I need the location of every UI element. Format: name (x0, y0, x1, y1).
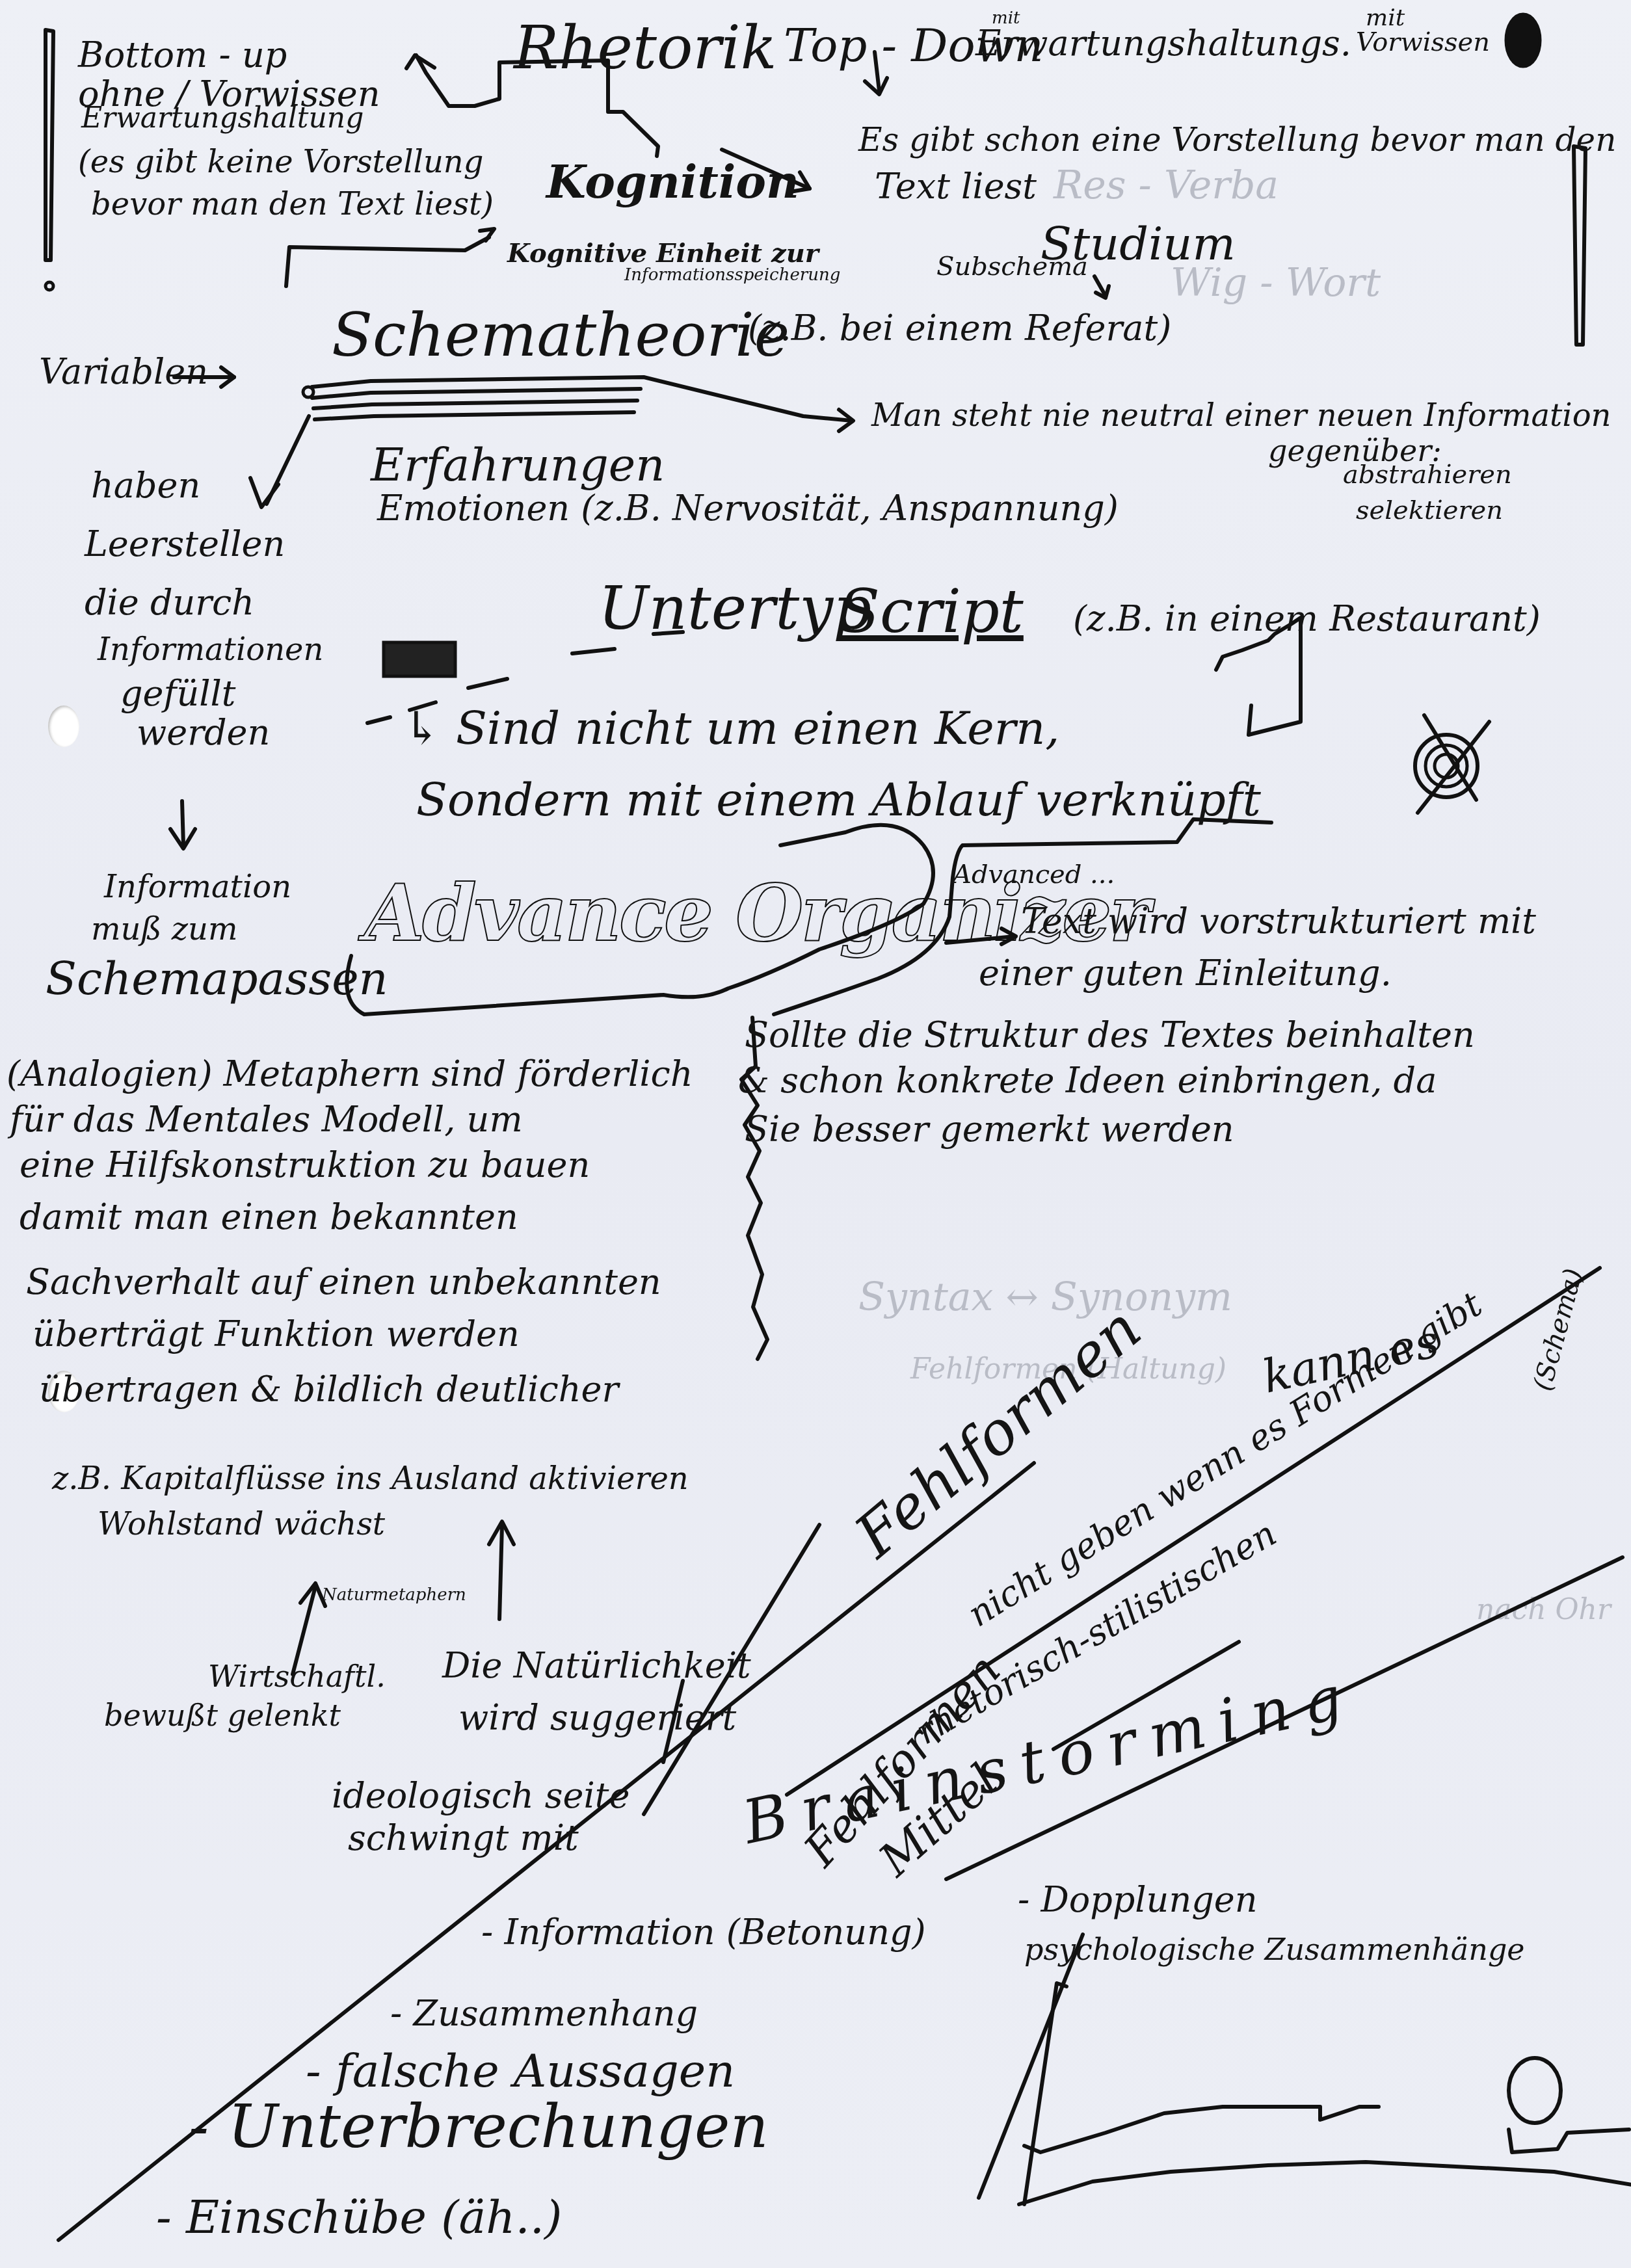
list-item-unterbrechungen: - Unterbrechungen (189, 2097, 769, 2157)
leerstellen-line: werden (137, 715, 270, 750)
sollte-line: Sie besser gemerkt werden (745, 1112, 1234, 1147)
title-kognition: Kognition (546, 159, 799, 205)
ghost-text: nach Ohr (1476, 1593, 1611, 1626)
ideologisch-label: ideologisch seite (332, 1778, 630, 1813)
variablen-label: Variablen (39, 354, 208, 389)
studium-label: Studium (1041, 221, 1236, 267)
bottom-up-line: Bottom - up (78, 38, 287, 73)
metaphern-line: damit man einen bekannten (20, 1200, 518, 1235)
einleitung-text: einer guten Einleitung. (979, 956, 1392, 991)
sondern-text: Sondern mit einem Ablauf verknüpft (416, 777, 1261, 823)
leerstellen-line: Leerstellen (85, 527, 285, 562)
emotionen-label: Emotionen (z.B. Nervosität, Anspannung) (377, 491, 1119, 526)
metaphern-line: übertragen & bildlich deutlicher (39, 1372, 618, 1407)
bottom-up-line: Erwartungshaltung (81, 104, 364, 133)
zb-example: z.B. Kapitalflüsse ins Ausland aktiviere… (52, 1463, 689, 1494)
list-item-dopplungen: - Dopplungen (1018, 1882, 1257, 1918)
list-item-information: - Information (Betonung) (481, 1915, 926, 1950)
bottom-up-line: bevor man den Text liest) (91, 189, 494, 220)
mit-label: mit (1366, 7, 1405, 30)
ghost-text: Res - Verba (1054, 163, 1279, 208)
leerstellen-line: Informationen (98, 634, 323, 665)
naturmetaphern-label: Naturmetaphern (322, 1587, 466, 1603)
kognitive-einheit: Kognitive Einheit zur (507, 241, 819, 267)
ghost-text: Syntax ↔ Synonym (858, 1274, 1232, 1320)
text-liest: Text liest (875, 169, 1037, 204)
informationsspeicherung: Informationsspeicherung (624, 267, 840, 283)
sollte-line: Sollte die Struktur des Textes beinhalte… (745, 1018, 1475, 1053)
metaphern-line: überträgt Funktion werden (33, 1317, 520, 1352)
metaphern-line: eine Hilfskonstruktion zu bauen (20, 1148, 590, 1183)
untertyp-label: Untertyp (598, 579, 871, 639)
man-steht-text: Man steht nie neutral einer neuen Inform… (871, 400, 1611, 431)
es-gibt-text: Es gibt schon eine Vorstellung bevor man… (858, 124, 1616, 156)
list-item-zusammenhang: - Zusammenhang (390, 1996, 698, 2031)
script-label: Script (839, 582, 1024, 642)
abstrahieren-label: abstrahieren (1343, 462, 1512, 488)
title-rhetorik: Rhetorik (514, 18, 776, 78)
info-line: muß zum (91, 914, 237, 945)
metaphern-line: Sachverhalt auf einen unbekannten (26, 1265, 661, 1300)
erfahrungen-label: Erfahrungen (371, 442, 665, 488)
leerstellen-line: gefüllt (120, 676, 236, 711)
wohlstand-text: Wohlstand wächst (98, 1509, 385, 1540)
natuerlichkeit-label: Die Natürlichkeit (442, 1648, 751, 1683)
sind-nicht-text: ↳ Sind nicht um einen Kern, (403, 705, 1060, 751)
selektieren-label: selektieren (1356, 497, 1503, 523)
text-wird-vorstrukturiert: Text wird vorstrukturiert mit (1021, 904, 1536, 939)
list-item-falsche: - falsche Aussagen (306, 2048, 735, 2094)
erwartungshaltung-label: Erwartungshaltungs. (975, 26, 1351, 61)
leerstellen-line: haben (91, 468, 200, 503)
psychologische-label: psychologische Zusammenhänge (1024, 1934, 1525, 1964)
info-line: Information (104, 871, 291, 903)
schematheorie-example: (z.B. bei einem Referat) (748, 311, 1171, 346)
advanced-label: Advanced ... (953, 862, 1115, 888)
schwingt-label: schwingt mit (348, 1821, 579, 1856)
vorwissen-label: Vorwissen (1356, 29, 1490, 55)
info-line: Schemapassen (46, 956, 388, 1001)
bewusst-label: bewußt gelenkt (104, 1700, 341, 1730)
leerstellen-line: die durch (85, 585, 254, 620)
metaphern-line: (Analogien) Metaphern sind förderlich (7, 1057, 693, 1092)
script-example: (z.B. in einem Restaurant) (1073, 601, 1541, 637)
wirtschaftl-label: Wirtschaftl. (208, 1661, 386, 1691)
suggeriert-label: wird suggeriert (458, 1700, 736, 1735)
bottom-up-line: (es gibt keine Vorstellung (78, 146, 483, 178)
list-item-einschuebe: - Einschübe (äh..) (156, 2195, 562, 2240)
schematheorie-heading: Schematheorie (332, 306, 789, 365)
sollte-line: & schon konkrete Ideen einbringen, da (738, 1063, 1437, 1098)
punch-hole (48, 705, 79, 747)
metaphern-line: für das Mentales Modell, um (10, 1102, 523, 1137)
